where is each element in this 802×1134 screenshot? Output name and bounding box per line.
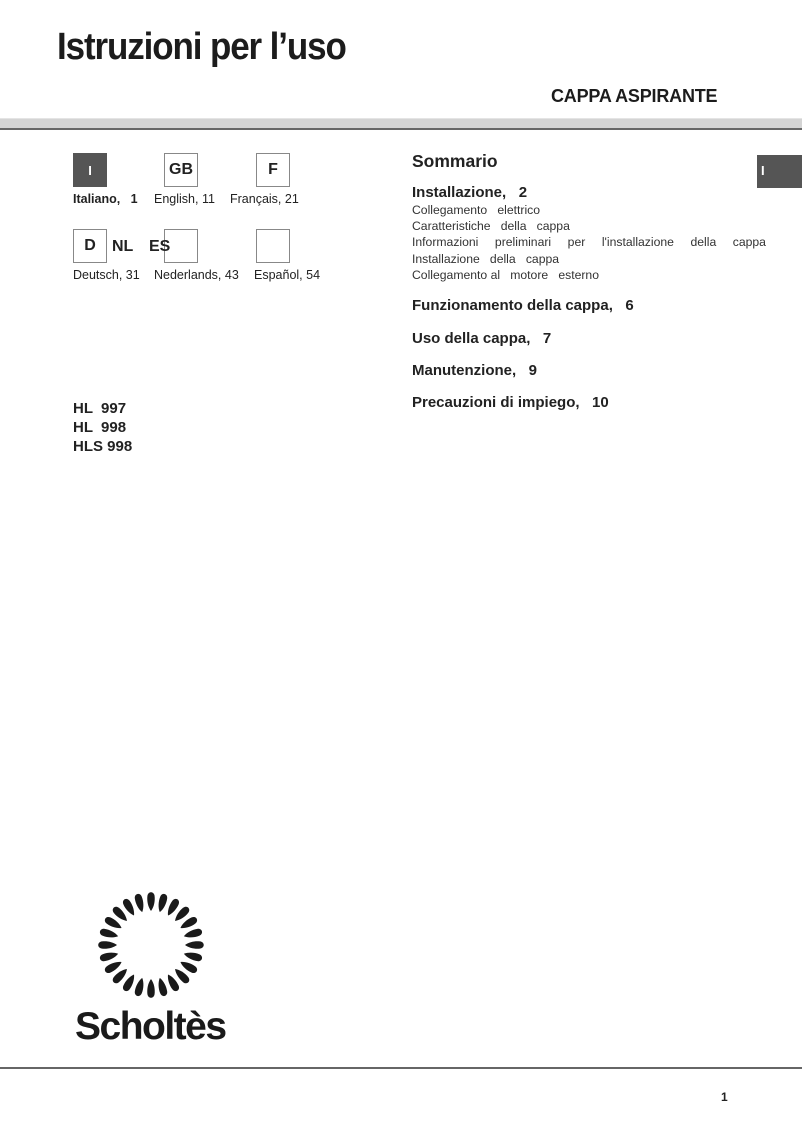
toc-section-installazione[interactable]: Installazione, 2 [412, 184, 527, 201]
lang-code: I [88, 163, 92, 178]
toc-subitem[interactable]: Informazionipreliminariperl'installazion… [412, 234, 766, 250]
lang-box-english[interactable]: GB [164, 153, 198, 187]
toc-subsections: Collegamento elettrico Caratteristiche d… [412, 202, 766, 283]
toc-word: cappa [733, 234, 766, 250]
document-title: Istruzioni per l’uso [57, 26, 346, 69]
toc-section-funzionamento[interactable]: Funzionamento della cappa, 6 [412, 297, 634, 314]
lang-box-french[interactable]: F [256, 153, 290, 187]
toc-word: per [568, 234, 586, 250]
toc-section-uso[interactable]: Uso della cappa, 7 [412, 330, 551, 347]
lang-label-english[interactable]: English, 11 [154, 192, 215, 206]
lang-label-spanish[interactable]: Español, 54 [254, 268, 320, 282]
sun-rays-icon [93, 887, 209, 1003]
toc-section-manutenzione[interactable]: Manutenzione, 9 [412, 362, 537, 379]
model-item: HL 997 [73, 399, 132, 418]
lang-code: D [84, 237, 96, 255]
lang-code-dutch: NL [112, 238, 133, 256]
model-list: HL 997 HL 998 HLS 998 [73, 399, 132, 456]
lang-label-french[interactable]: Français, 21 [230, 192, 299, 206]
footer-divider [0, 1067, 802, 1069]
toc-word: Informazioni [412, 234, 478, 250]
toc-subitem[interactable]: Caratteristiche della cappa [412, 218, 766, 234]
toc-subitem[interactable]: Installazione della cappa [412, 251, 766, 267]
lang-label-german[interactable]: Deutsch, 31 [73, 268, 140, 282]
lang-code-spanish: ES [149, 238, 170, 256]
header-divider [0, 128, 802, 130]
toc-word: della [690, 234, 716, 250]
brand-logo-text: Scholtès [75, 1005, 226, 1049]
lang-label-italian[interactable]: Italiano, 1 [73, 192, 138, 206]
toc-subitem[interactable]: Collegamento elettrico [412, 202, 766, 218]
page-number: 1 [721, 1090, 728, 1104]
toc-section-precauzioni[interactable]: Precauzioni di impiego, 10 [412, 394, 609, 411]
toc-word: preliminari [495, 234, 551, 250]
toc-subitem[interactable]: Collegamento al motore esterno [412, 267, 766, 283]
model-item: HLS 998 [73, 437, 132, 456]
toc-word: l'installazione [602, 234, 674, 250]
model-item: HL 998 [73, 418, 132, 437]
lang-box-spanish[interactable] [256, 229, 290, 263]
product-type: CAPPA ASPIRANTE [551, 86, 717, 107]
lang-box-italian[interactable]: I [73, 153, 107, 187]
lang-code: GB [169, 161, 193, 179]
lang-label-dutch[interactable]: Nederlands, 43 [154, 268, 239, 282]
summary-title: Sommario [412, 151, 498, 172]
lang-box-german[interactable]: D [73, 229, 107, 263]
section-tab-italian: I [757, 155, 802, 188]
lang-code: F [268, 161, 278, 179]
